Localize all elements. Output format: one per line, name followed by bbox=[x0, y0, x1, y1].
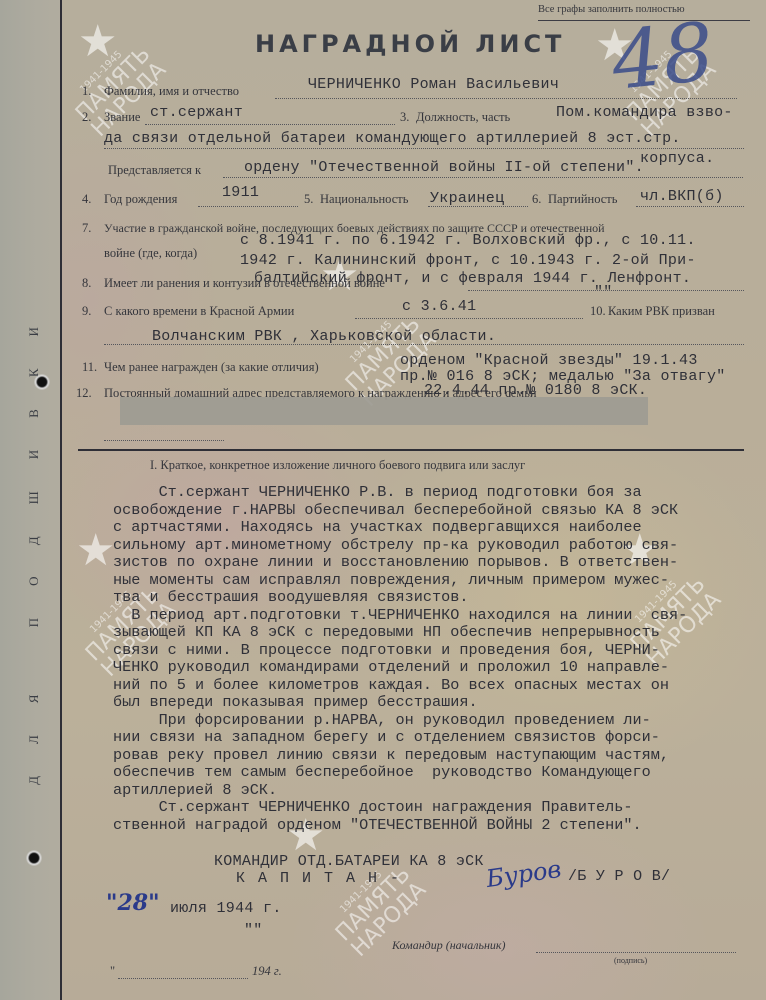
redacted-address bbox=[120, 397, 648, 425]
binding-margin-label: ДЛЯ ПОДШИВКИ bbox=[22, 180, 46, 900]
field-3-line bbox=[104, 148, 744, 149]
field-1-number: 1. bbox=[82, 84, 91, 99]
field-11-value-line1: орденом "Красной звезды" 19.1.43 bbox=[400, 352, 698, 369]
field-8-value: "" bbox=[594, 284, 613, 301]
field-9-number: 9. bbox=[82, 304, 91, 319]
field-1-label: Фамилия, имя и отчество bbox=[104, 84, 239, 99]
narrative-line: связи с ними. В процессе подготовки и пр… bbox=[113, 642, 753, 660]
signatory-title: КОМАНДИР ОТД.БАТАРЕИ КА 8 эСК bbox=[214, 853, 484, 870]
field-3-value-line3: корпуса. bbox=[640, 150, 714, 167]
field-1-value: ЧЕРНИЧЕНКО Роман Васильевич bbox=[308, 76, 559, 93]
field-4-label: Год рождения bbox=[104, 192, 177, 207]
field-4-line bbox=[198, 206, 298, 207]
narrative-line: ЧЕНКО руководил командирами отделений и … bbox=[113, 659, 753, 677]
narrative-line: сильному арт.минометному обстрелу пр-ка … bbox=[113, 537, 753, 555]
narrative-line: нии связи на западном берегу и с отделен… bbox=[113, 729, 753, 747]
margin-rule bbox=[60, 0, 62, 1000]
narrative-line: В период арт.подготовки т.ЧЕРНИЧЕНКО нах… bbox=[113, 607, 753, 625]
field-9-value: с 3.6.41 bbox=[402, 298, 476, 315]
handwritten-number: 48 bbox=[607, 5, 718, 108]
field-2-label: Звание bbox=[104, 110, 140, 125]
field-4-value: 1911 bbox=[222, 184, 259, 201]
field-3-label: Должность, часть bbox=[416, 110, 510, 125]
field-2-value: ст.сержант bbox=[150, 104, 243, 121]
narrative-line: с артчастями. Находясь на участках подве… bbox=[113, 519, 753, 537]
presented-line bbox=[223, 177, 743, 178]
narrative-line: ные моменты сам исправлял повреждения, л… bbox=[113, 572, 753, 590]
narrative-line: ровав реку провел линию связи к передовы… bbox=[113, 747, 753, 765]
presented-value: ордену "Отечественной войны II-ой степен… bbox=[244, 159, 644, 176]
field-6-line bbox=[636, 206, 744, 207]
narrative-line: зистов по охране линии и восстановлению … bbox=[113, 554, 753, 572]
field-6-value: чл.ВКП(б) bbox=[640, 188, 724, 205]
commander-line bbox=[536, 952, 736, 953]
field-2-number: 2. bbox=[82, 110, 91, 125]
field-4-number: 4. bbox=[82, 192, 91, 207]
ditto-mark: "" bbox=[244, 922, 263, 939]
field-11-label: Чем ранее награжден (за какие отличия) bbox=[104, 360, 319, 375]
field-10-label: Каким РВК призван bbox=[608, 304, 715, 319]
signature-sublabel: (подпись) bbox=[614, 956, 647, 965]
punch-hole bbox=[26, 850, 42, 866]
field-10-number: 10. bbox=[590, 304, 606, 319]
page-title: НАГРАДНОЙ ЛИСТ bbox=[255, 30, 565, 58]
narrative-line: При форсировании р.НАРВА, он руководил п… bbox=[113, 712, 753, 730]
narrative-line: артиллерией 8 эСК. bbox=[113, 782, 753, 800]
handwritten-signature: Буров bbox=[484, 855, 563, 893]
signatory-rank: К А П И Т А Н - bbox=[236, 870, 401, 887]
commander-label: Командир (начальник) bbox=[392, 938, 506, 953]
field-12-number: 12. bbox=[76, 386, 92, 401]
signatory-name: /Б У Р О В/ bbox=[568, 868, 670, 885]
narrative-line: зывающей КП КА 8 эСК с передовыми НП обе… bbox=[113, 624, 753, 642]
date-day-handwritten: "28" bbox=[106, 890, 160, 916]
award-sheet-page: ДЛЯ ПОДШИВКИ ★ 1941-1945ПАМЯТЬНАРОДА ★ 1… bbox=[0, 0, 766, 1000]
date-month-year: июля 1944 г. bbox=[170, 900, 282, 917]
narrative-line: обеспечив тем самым бесперебойное руково… bbox=[113, 764, 753, 782]
field-11-number: 11. bbox=[82, 360, 97, 375]
section-divider bbox=[78, 449, 744, 451]
field-3-number: 3. bbox=[400, 110, 409, 125]
field-8-number: 8. bbox=[82, 276, 91, 291]
narrative-line: Ст.сержант ЧЕРНИЧЕНКО достоин награждени… bbox=[113, 799, 753, 817]
field-1-line bbox=[275, 98, 737, 99]
narrative-line: Ст.сержант ЧЕРНИЧЕНКО Р.В. в период подг… bbox=[113, 484, 753, 502]
field-10-value: Волчанским РВК , Харьковской области. bbox=[152, 328, 496, 345]
narrative-line: тва и бесстрашия воодушевляя связистов. bbox=[113, 589, 753, 607]
field-7-value-line2: 1942 г. Калининский фронт, с 10.1943 г. … bbox=[240, 252, 696, 269]
field-6-number: 6. bbox=[532, 192, 541, 207]
watermark-star-icon: ★ bbox=[78, 16, 117, 67]
field-12-line bbox=[104, 440, 224, 441]
field-6-label: Партийность bbox=[548, 192, 617, 207]
field-3-value-line1: Пом.командира взво- bbox=[556, 104, 733, 121]
field-5-number: 5. bbox=[304, 192, 313, 207]
blank-year: 194 г. bbox=[252, 964, 282, 979]
presented-label: Представляется к bbox=[108, 163, 201, 178]
field-2-line bbox=[145, 124, 395, 125]
watermark-star-icon: ★ bbox=[76, 525, 115, 576]
field-7-value-line1: с 8.1941 г. по 6.1942 г. Волховский фр.,… bbox=[240, 232, 696, 249]
field-8-label: Имеет ли ранения и контузии в отечествен… bbox=[104, 276, 385, 291]
field-9-label: С какого времени в Красной Армии bbox=[104, 304, 294, 319]
narrative-line: ственной наградой орденом "ОТЕЧЕСТВЕННОЙ… bbox=[113, 817, 753, 835]
field-7-number: 7. bbox=[82, 221, 91, 236]
section-title: I. Краткое, конкретное изложение личного… bbox=[150, 458, 525, 473]
narrative-line: освобождение г.НАРВЫ обеспечивал беспере… bbox=[113, 502, 753, 520]
blank-date-quote: " bbox=[110, 964, 115, 979]
narrative-line: был впереди показывая пример бесстрашия. bbox=[113, 694, 753, 712]
field-7-label-line2: войне (где, когда) bbox=[104, 246, 197, 261]
narrative-line: ний по 5 и более километров каждая. Во в… bbox=[113, 677, 753, 695]
field-3-value-line2: да связи отдельной батареи командующего … bbox=[104, 130, 681, 147]
field-5-value: Украинец bbox=[430, 190, 504, 207]
award-narrative: Ст.сержант ЧЕРНИЧЕНКО Р.В. в период подг… bbox=[113, 484, 753, 834]
punch-hole bbox=[34, 374, 50, 390]
field-9-line bbox=[355, 318, 583, 319]
blank-date-line bbox=[118, 978, 248, 979]
field-5-label: Национальность bbox=[320, 192, 408, 207]
